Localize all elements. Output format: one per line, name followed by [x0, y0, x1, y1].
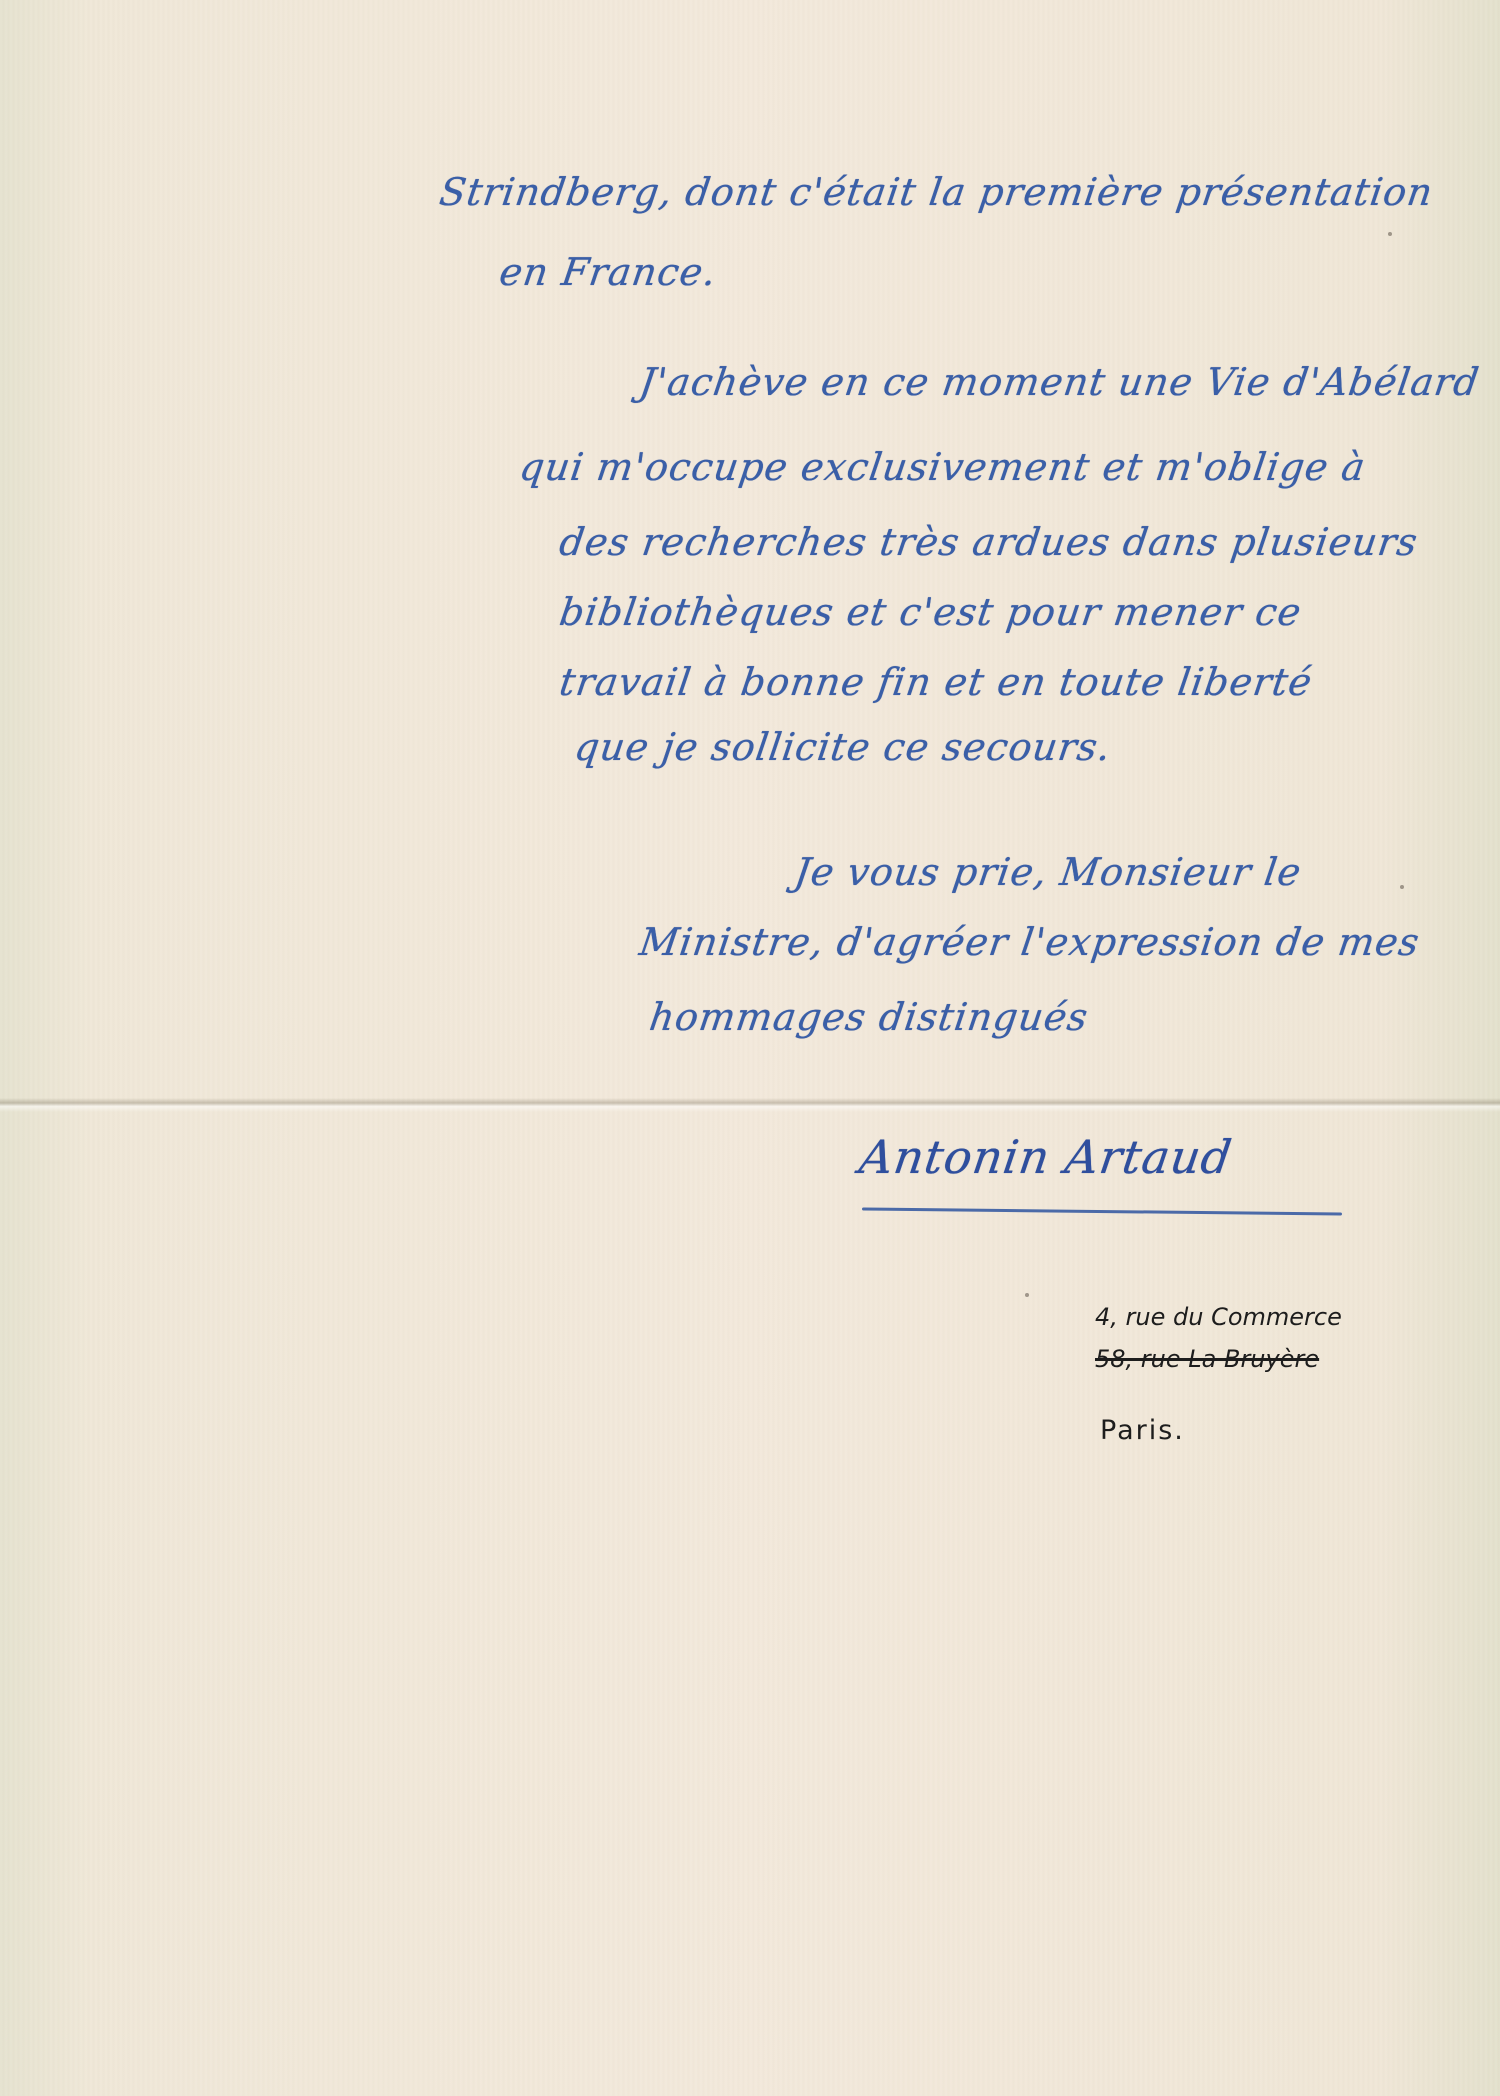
letter-body-line-6: bibliothèques et c'est pour mener ce	[557, 590, 1305, 634]
closing-line-1: Je vous prie, Monsieur le	[792, 850, 1304, 894]
letter-paper	[0, 0, 1500, 2096]
letter-body-line-7: travail à bonne fin et en toute liberté	[557, 660, 1315, 704]
closing-line-2: Ministre, d'agréer l'expression de mes	[637, 920, 1423, 964]
paper-speck	[1388, 232, 1392, 236]
letter-body-line-3: J'achève en ce moment une Vie d'Abélard	[637, 360, 1482, 404]
signature: Antonin Artaud	[856, 1130, 1235, 1184]
letter-body-line-5: des recherches très ardues dans plusieur…	[557, 520, 1421, 564]
letter-body-line-8: que je sollicite ce secours.	[572, 725, 1114, 769]
address-line-city: Paris.	[1100, 1415, 1185, 1446]
letter-body-line-4: qui m'occupe exclusivement et m'oblige à	[517, 445, 1369, 489]
letter-body-line-2: en France.	[497, 250, 720, 294]
paper-speck	[1025, 1293, 1029, 1297]
address-line-struck-out: 58, rue La Bruyère	[1095, 1345, 1319, 1373]
address-line-street: 4, rue du Commerce	[1095, 1303, 1342, 1331]
closing-line-3: hommages distingués	[647, 995, 1091, 1039]
paper-speck	[1400, 885, 1404, 889]
letter-body-line-1: Strindberg, dont c'était la première pré…	[437, 170, 1436, 214]
paper-fold-crease	[0, 1098, 1500, 1112]
